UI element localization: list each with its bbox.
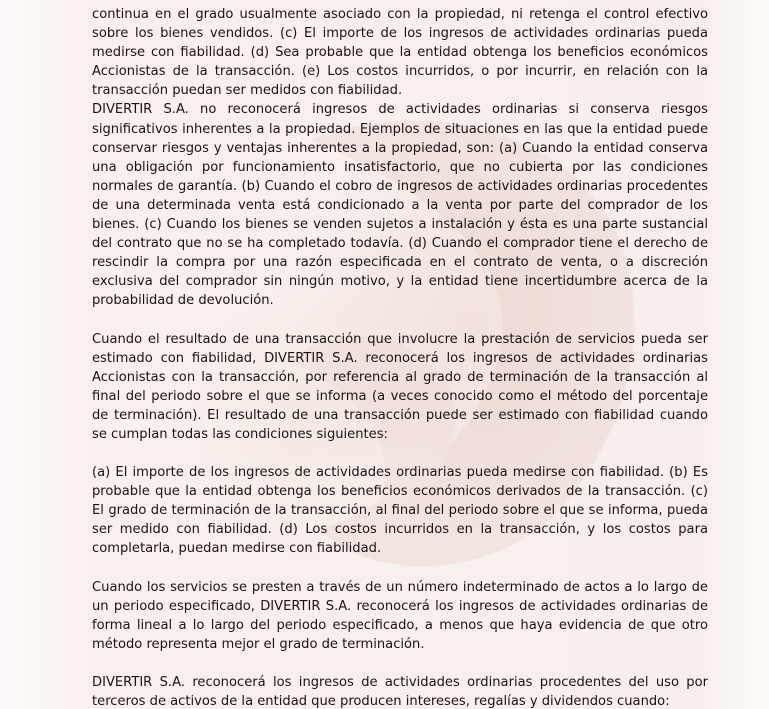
paragraph-straight-line-recognition: Cuando los servicios se presten a través… [92,578,708,654]
paragraph-services-revenue: Cuando el resultado de una transacción q… [92,330,708,445]
paragraph-services-conditions-list: (a) El importe de los ingresos de activi… [92,463,708,558]
paragraph-risks-transfer-conditions: continua en el grado usualmente asociado… [92,5,708,100]
paragraph-retained-risks-examples: DIVERTIR S.A. no reconocerá ingresos de … [92,100,708,310]
document-body: continua en el grado usualmente asociado… [92,5,708,709]
paragraph-interest-royalties-dividends: DIVERTIR S.A. reconocerá los ingresos de… [92,673,708,709]
